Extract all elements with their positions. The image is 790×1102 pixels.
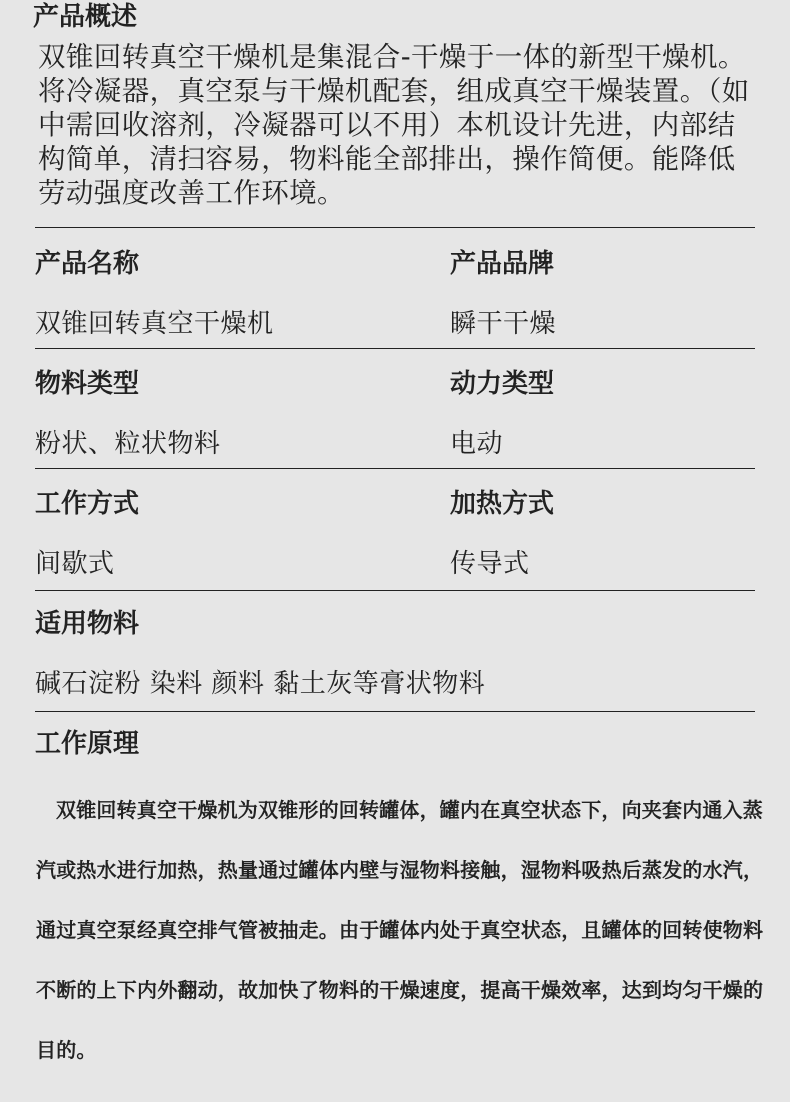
spec-value-power-type: 电动 <box>450 429 503 459</box>
spec-value-product-name: 双锥回转真空干燥机 <box>35 309 274 339</box>
principle-text: 双锥回转真空干燥机为双锥形的回转罐体，罐内在真空状态下，向夹套内通入蒸汽或热水进… <box>36 780 781 1080</box>
overview-title: 产品概述 <box>33 2 137 32</box>
spec-label-heating-mode: 加热方式 <box>450 489 554 519</box>
spec-label-applicable-materials: 适用物料 <box>35 609 139 639</box>
spec-label-brand: 产品品牌 <box>450 249 554 279</box>
spec-value-heating-mode: 传导式 <box>450 549 530 579</box>
divider <box>35 590 755 591</box>
spec-value-brand: 瞬干干燥 <box>450 309 556 339</box>
divider <box>35 348 755 349</box>
spec-label-power-type: 动力类型 <box>450 369 554 399</box>
principle-title: 工作原理 <box>35 729 139 759</box>
divider <box>35 227 755 228</box>
spec-value-material-type: 粉状、粒状物料 <box>35 429 221 459</box>
divider <box>35 711 755 712</box>
spec-label-material-type: 物料类型 <box>35 369 139 399</box>
spec-value-work-mode: 间歇式 <box>35 549 115 579</box>
divider <box>35 468 755 469</box>
spec-label-work-mode: 工作方式 <box>35 489 139 519</box>
spec-label-product-name: 产品名称 <box>35 249 139 279</box>
overview-text: 双锥回转真空干燥机是集混合-干燥于一体的新型干燥机。将冷凝器，真空泵与干燥机配套… <box>38 40 762 210</box>
spec-value-applicable-materials: 碱石淀粉 染料 颜料 黏土灰等膏状物料 <box>35 669 485 699</box>
principle-body: 双锥回转真空干燥机为双锥形的回转罐体，罐内在真空状态下，向夹套内通入蒸汽或热水进… <box>36 798 763 1062</box>
